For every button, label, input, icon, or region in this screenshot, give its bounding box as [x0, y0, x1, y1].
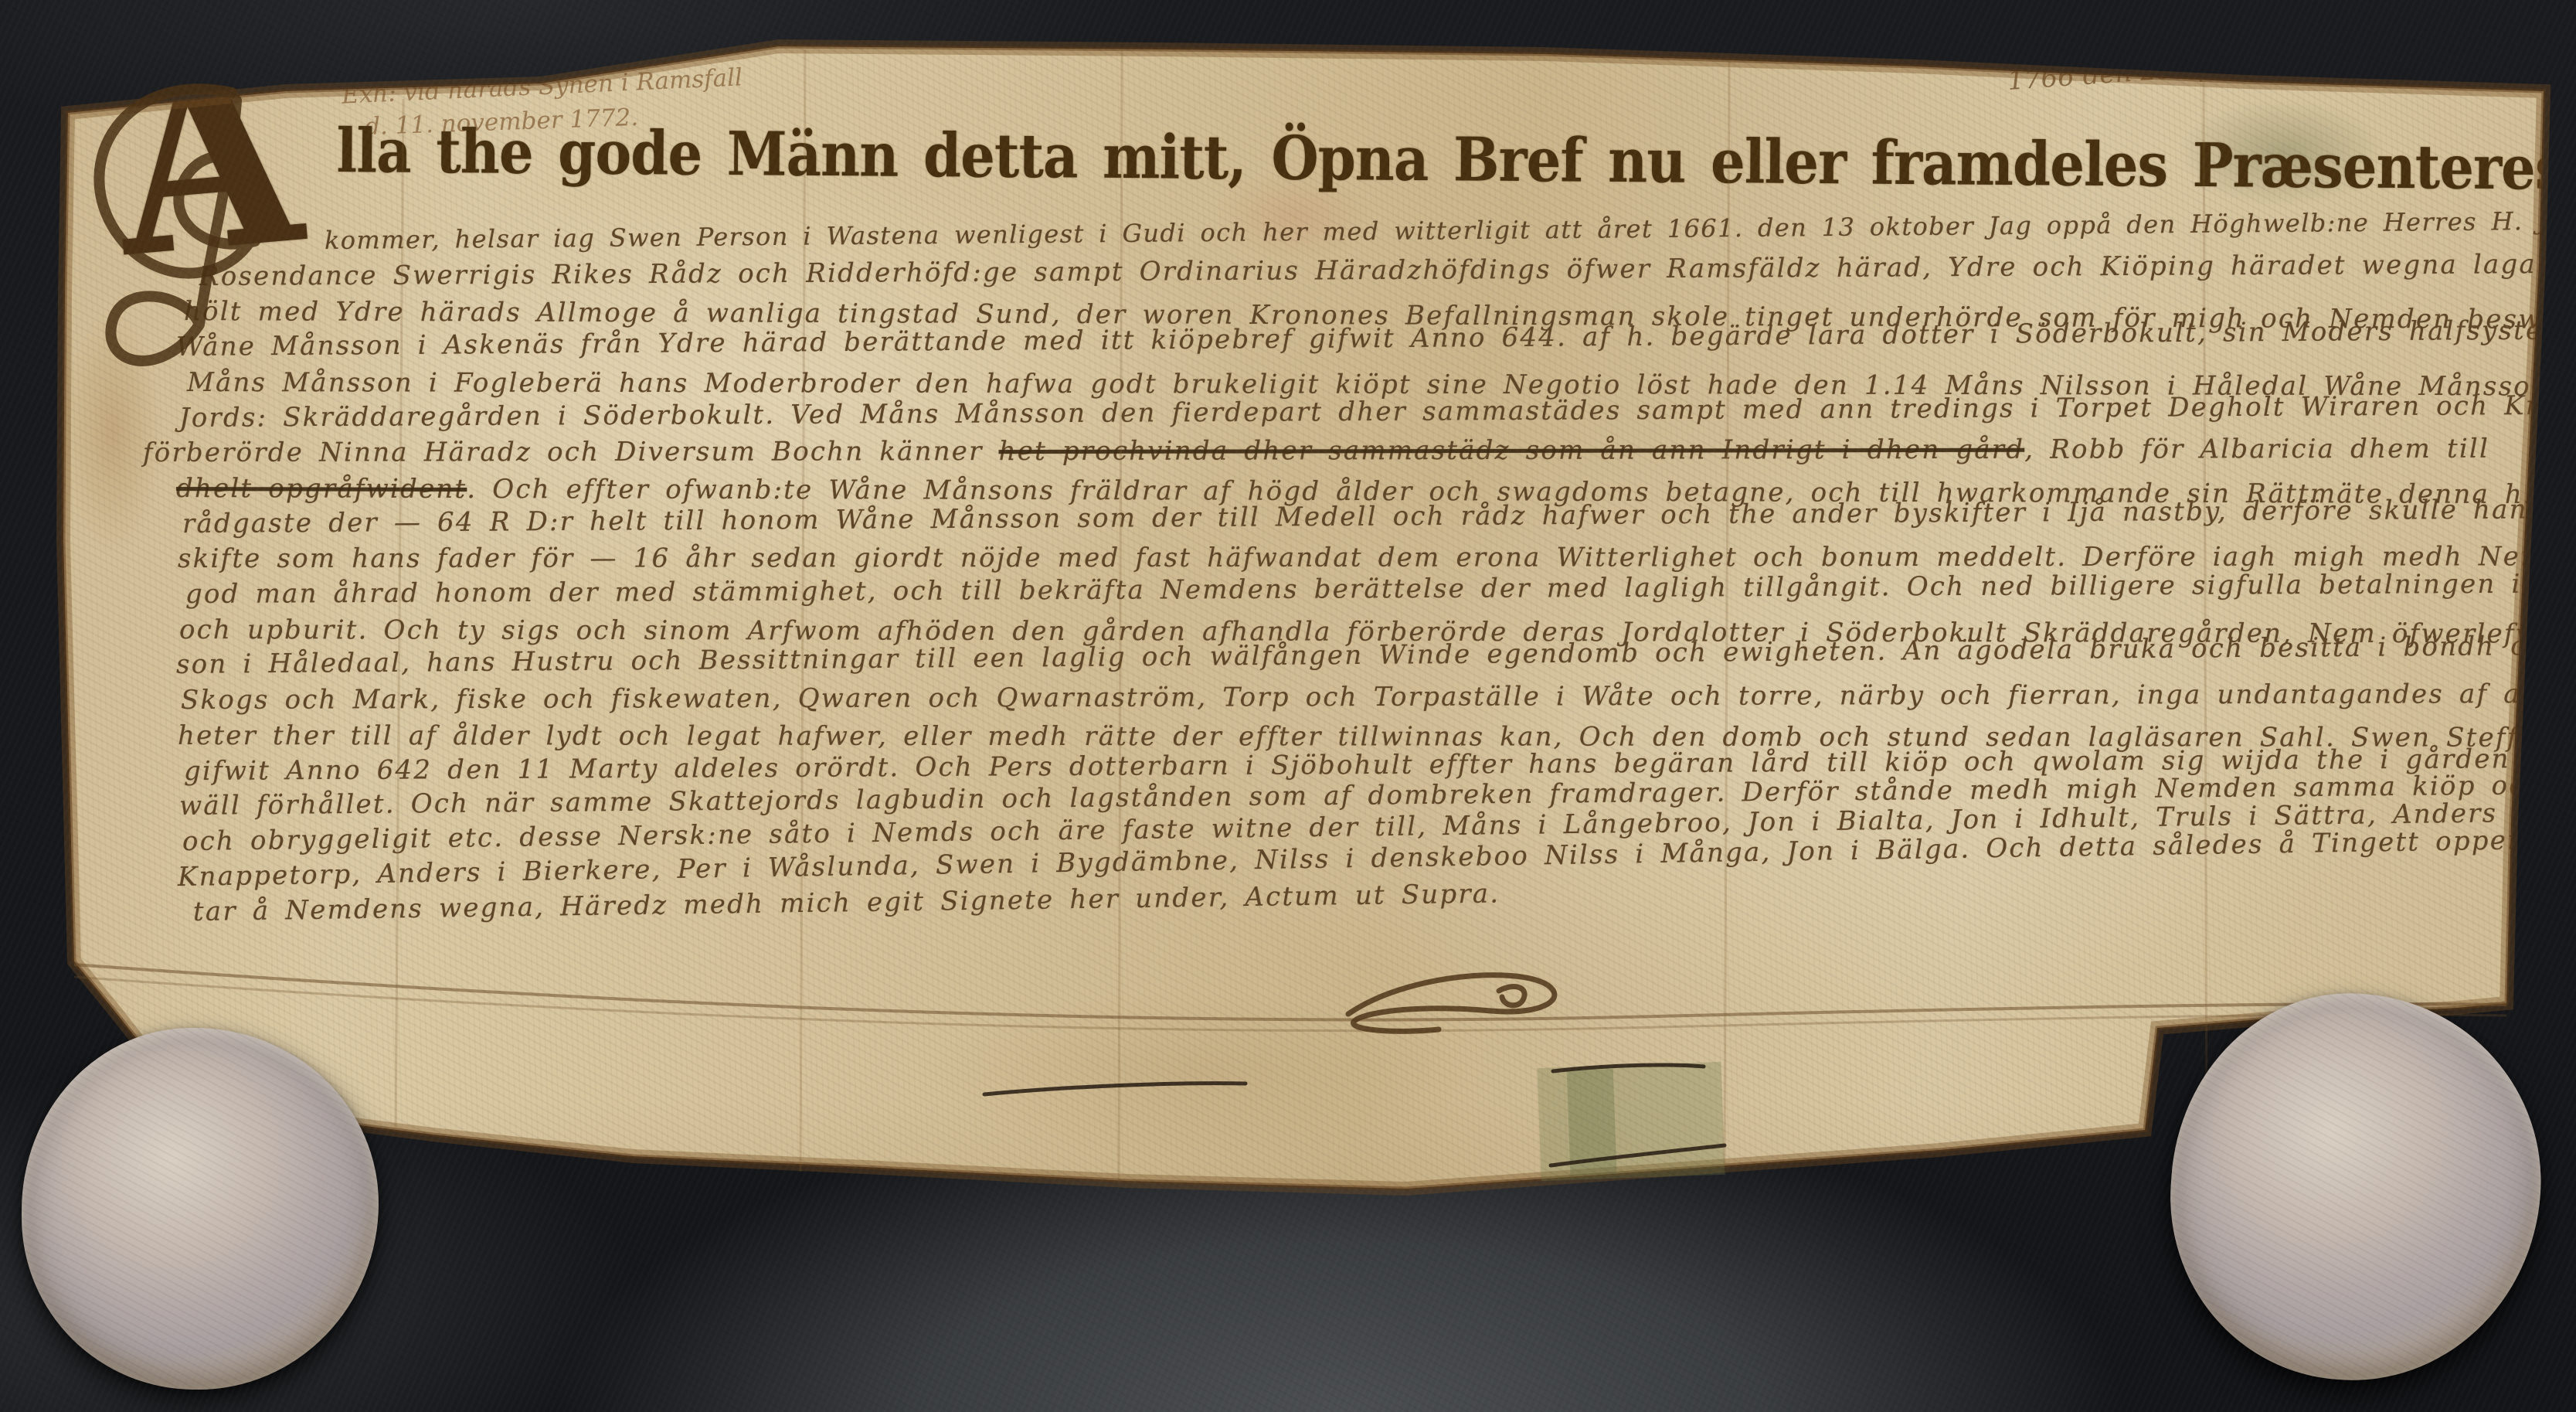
ornamental-initial: A	[107, 19, 308, 293]
wax-seal-left	[22, 1028, 379, 1390]
opening-line-calligraphy: lla the gode Männ detta mitt, Öpna Bref …	[336, 116, 2576, 206]
archival-folio-number: 149.	[2343, 23, 2421, 74]
parchment-stain	[63, 309, 164, 556]
document-photo: Exh: vid härads Synen i Ramsfall d. 11. …	[0, 0, 2576, 1412]
manuscript-line: förberörde Ninna Häradz och Diversum Boc…	[143, 434, 2489, 468]
archival-note-1772-line1: Exh: vid härads Synen i Ramsfall	[341, 63, 743, 110]
manuscript-line: kommer, helsar iag Swen Person i Wastena…	[325, 206, 2576, 255]
parchment-stain	[927, 989, 1468, 1159]
manuscript-line: Rosendance Swerrigis Rikes Rådz och Ridd…	[199, 248, 2576, 291]
archival-note-1766-date: 1766 den 25 april:	[2007, 49, 2254, 97]
wax-seal-right	[2158, 982, 2554, 1393]
manuscript-line: Skogs och Mark, fiske och fiskewaten, Qw…	[181, 678, 2576, 716]
